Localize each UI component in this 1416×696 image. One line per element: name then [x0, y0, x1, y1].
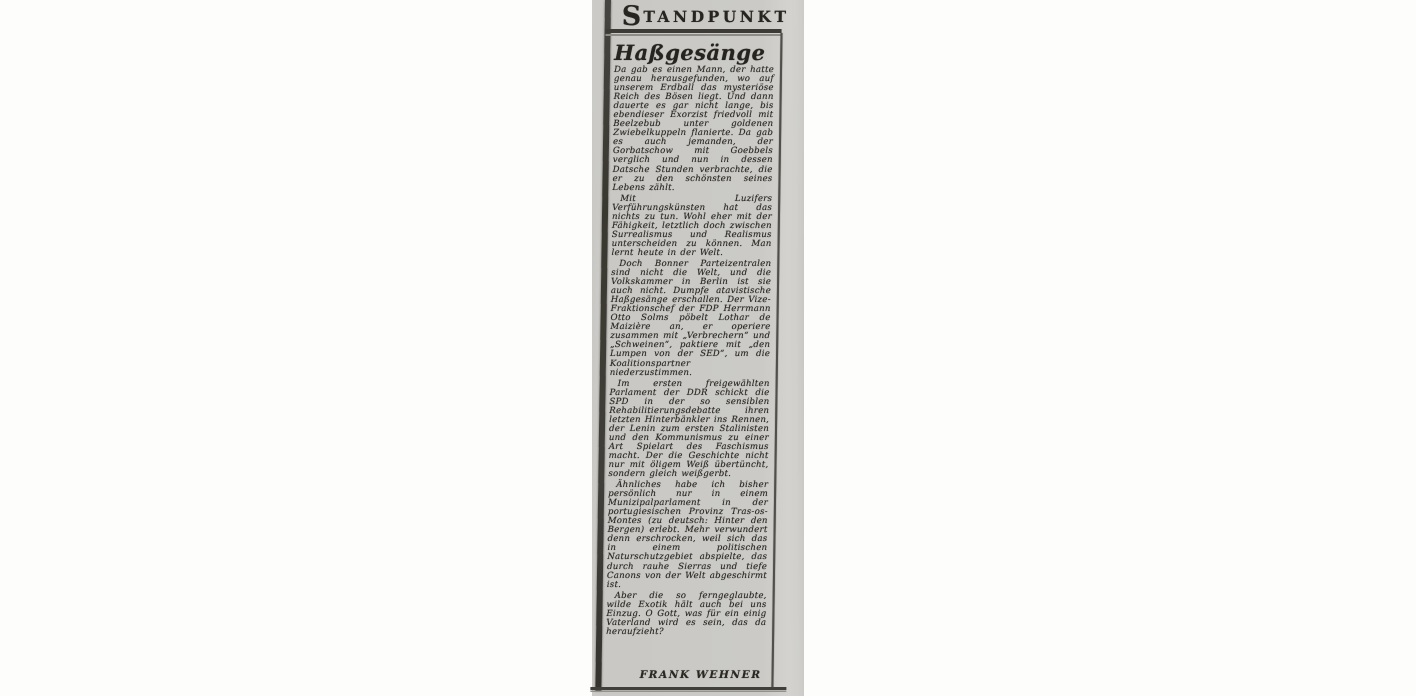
header-rule	[605, 29, 781, 36]
article-paragraph: Aber die so ferngeglaubte, wilde Exotik …	[606, 592, 767, 637]
article-column: STANDPUNKT Haßgesänge Da gab es einen Ma…	[582, 0, 804, 696]
article-body: Da gab es einen Mann, der hatte genau he…	[606, 66, 774, 639]
article-byline: FRANK WEHNER	[605, 669, 763, 681]
page-background: STANDPUNKT Haßgesänge Da gab es einen Ma…	[0, 0, 1416, 696]
section-header-initial: S	[622, 1, 644, 32]
article-paragraph: Doch Bonner Parteizentralen sind nicht d…	[610, 260, 772, 378]
bottom-rule	[590, 687, 786, 692]
article-paragraph: Da gab es einen Mann, der hatte genau he…	[612, 66, 774, 193]
article-title: Haßgesänge	[614, 40, 774, 65]
section-header-rest: TANDPUNKT	[643, 7, 789, 26]
article-paragraph: Mit Luzifers Verführungskünsten hat das …	[611, 195, 772, 258]
article-paragraph: Im ersten freigewählten Parlament der DD…	[608, 380, 769, 480]
article-paragraph: Ähnliches habe ich bisher persönlich nur…	[607, 481, 769, 590]
section-header: STANDPUNKT	[622, 1, 778, 32]
newspaper-scan-strip: STANDPUNKT Haßgesänge Da gab es einen Ma…	[592, 0, 804, 696]
